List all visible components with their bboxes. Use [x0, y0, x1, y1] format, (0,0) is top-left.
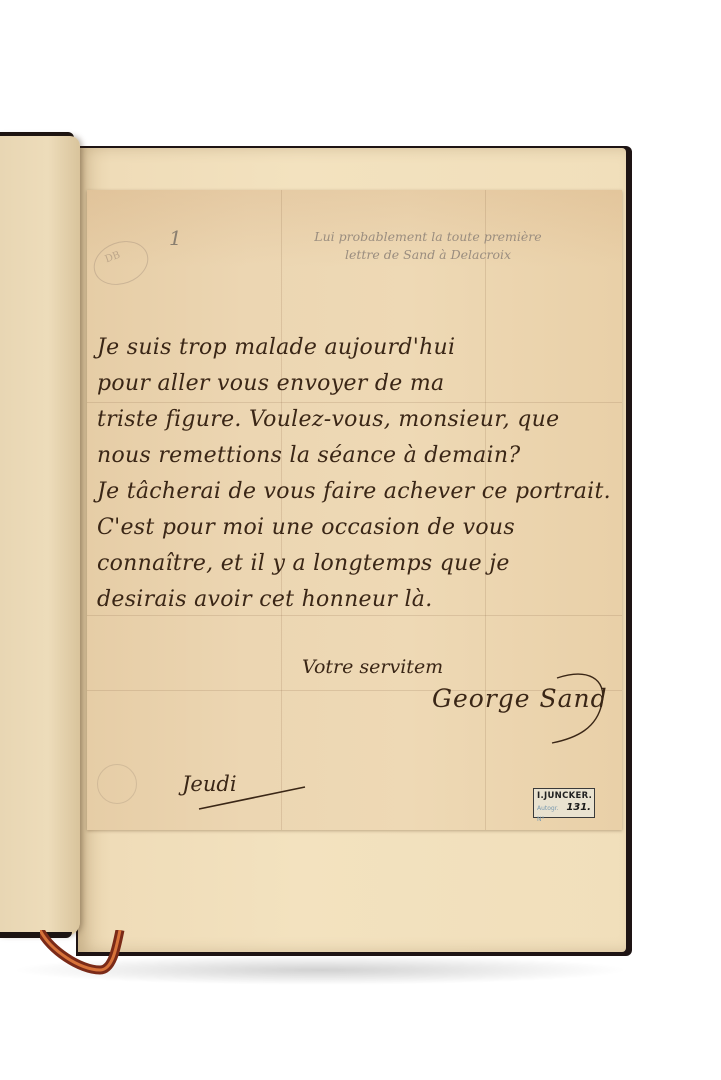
dealer-name: I.JUNCKER.: [537, 791, 591, 802]
letter-line: pour aller vous envoyer de ma: [97, 366, 617, 402]
ribbon-bookmark-icon[interactable]: [40, 930, 140, 990]
collection-stamp-icon: [88, 234, 155, 293]
archive-note-line: Lui probablement la toute première: [283, 228, 573, 246]
letter-line: desirais avoir cet honneur là.: [97, 582, 617, 618]
dealer-number: 131.: [566, 802, 591, 813]
archive-pencil-note: Lui probablement la toute première lettr…: [283, 228, 573, 264]
blind-embossed-stamp-icon: [97, 764, 137, 804]
letter-body: Je suis trop malade aujourd'hui pour all…: [97, 330, 617, 618]
archive-note-line: lettre de Sand à Delacroix: [283, 246, 573, 264]
signature-flourish-icon: [547, 668, 627, 748]
dealer-row: Autogr. N° 131.: [537, 802, 591, 825]
mounted-letter: DB 1 Lui probablement la toute première …: [87, 190, 622, 830]
letter-line: C'est pour moi une occasion de vous: [97, 510, 617, 546]
letter-line: connaître, et il y a longtemps que je: [97, 546, 617, 582]
letter-line: Je tâcherai de vous faire achever ce por…: [97, 474, 617, 510]
folio-number: 1: [169, 226, 182, 250]
letter-line: nous remettions la séance à demain?: [97, 438, 617, 474]
letter-line: triste figure. Voulez-vous, monsieur, qu…: [97, 402, 617, 438]
dealer-label: I.JUNCKER. Autogr. N° 131.: [533, 788, 595, 818]
dealer-prefix: Autogr. N°: [537, 803, 566, 825]
album-left-page: [0, 136, 80, 936]
date-underline-icon: [197, 783, 307, 813]
letter-line: Je suis trop malade aujourd'hui: [97, 330, 617, 366]
letter-closing: Votre servitem: [302, 656, 443, 678]
